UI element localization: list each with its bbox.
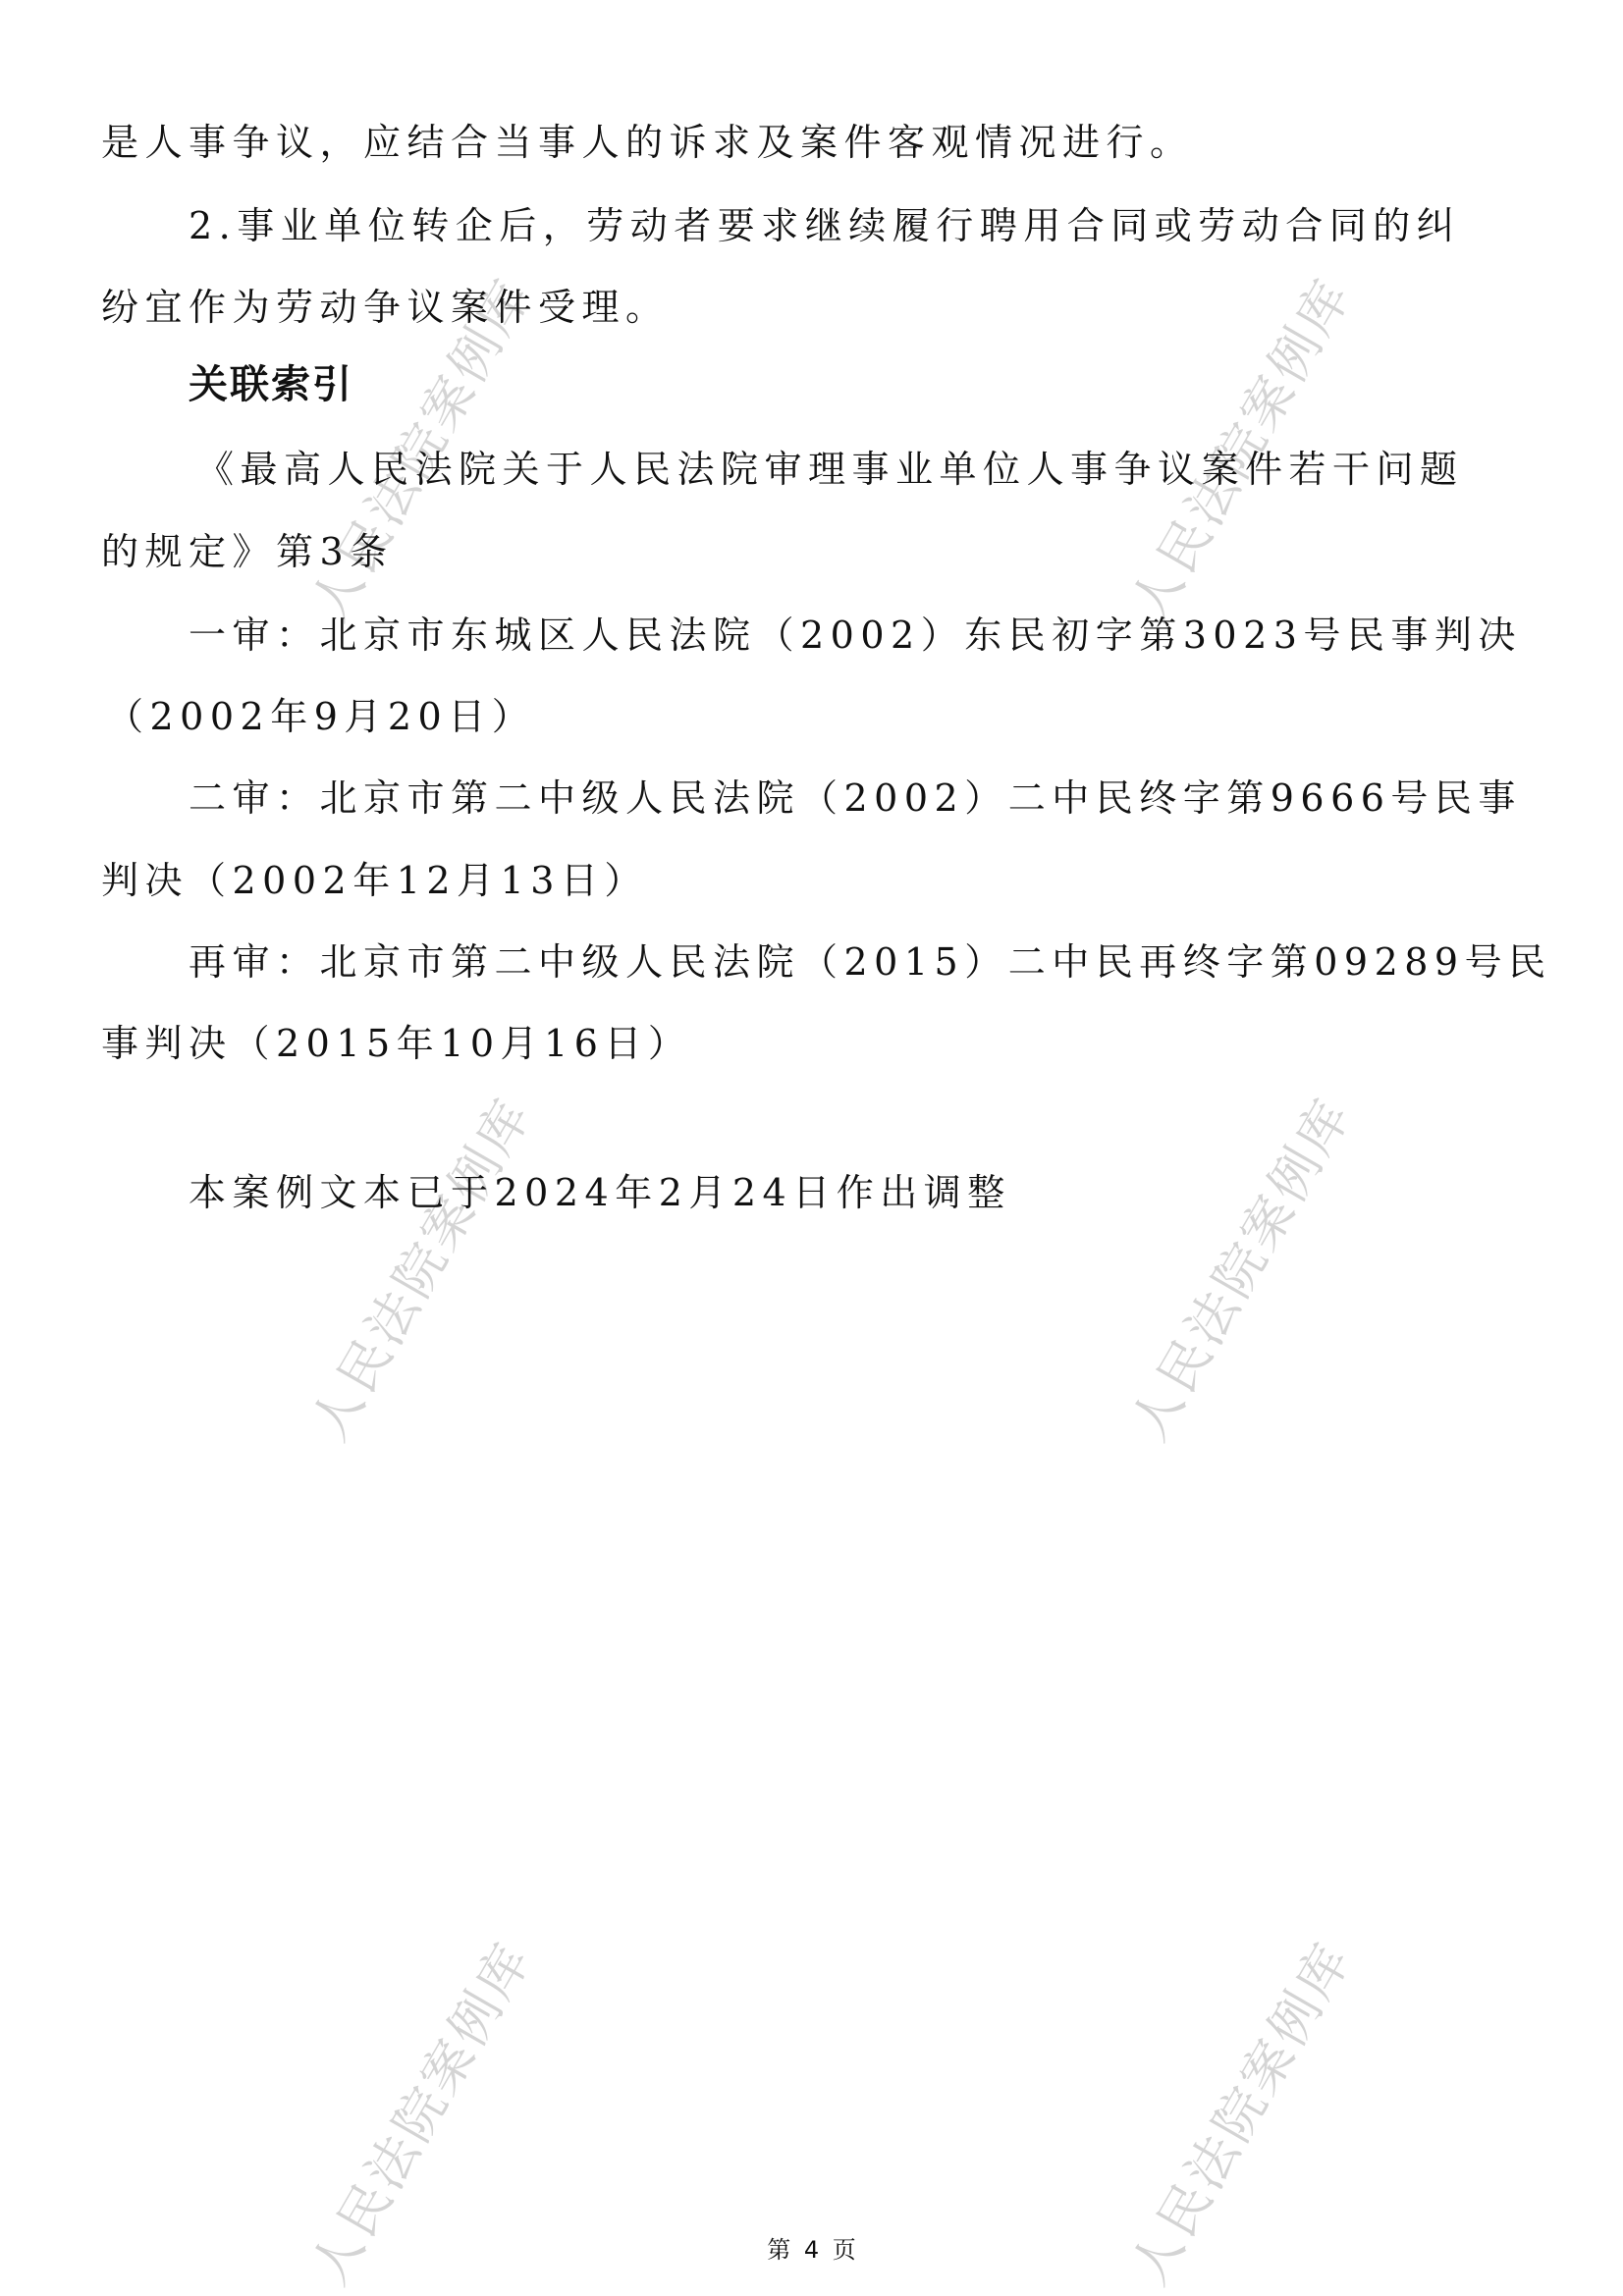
- paragraph-line: 是人事争议，应结合当事人的诉求及案件客观情况进行。: [101, 119, 1194, 166]
- adjustment-note: 本案例文本已于2024年2月24日作出调整: [189, 1169, 1011, 1216]
- first-instance-date: （2002年9月20日）: [106, 693, 535, 740]
- watermark: 人民法院案例库: [1109, 1082, 1366, 1452]
- page-number: 第 4 页: [0, 2230, 1623, 2265]
- paragraph-line: 2.事业单位转企后，劳动者要求继续履行聘用合同或劳动合同的纠: [189, 202, 1460, 249]
- retrial-reference: 再审：北京市第二中级人民法院（2015）二中民再终字第09289号民: [189, 938, 1552, 986]
- section-heading-related-index: 关联索引: [189, 361, 353, 408]
- regulation-reference-cont: 的规定》第3条: [101, 528, 394, 575]
- retrial-date: 事判决（2015年10月16日）: [101, 1020, 691, 1067]
- second-instance-date: 判决（2002年12月13日）: [101, 857, 648, 904]
- watermark: 人民法院案例库: [290, 1082, 546, 1452]
- paragraph-line: 纷宜作为劳动争议案件受理。: [101, 284, 670, 331]
- second-instance-reference: 二审：北京市第二中级人民法院（2002）二中民终字第9666号民事: [189, 774, 1522, 822]
- regulation-reference: 《最高人民法院关于人民法院审理事业单位人事争议案件若干问题: [196, 446, 1464, 493]
- document-page: 人民法院案例库 人民法院案例库 人民法院案例库 人民法院案例库 人民法院案例库 …: [0, 0, 1623, 2296]
- first-instance-reference: 一审：北京市东城区人民法院（2002）东民初字第3023号民事判决: [189, 612, 1522, 659]
